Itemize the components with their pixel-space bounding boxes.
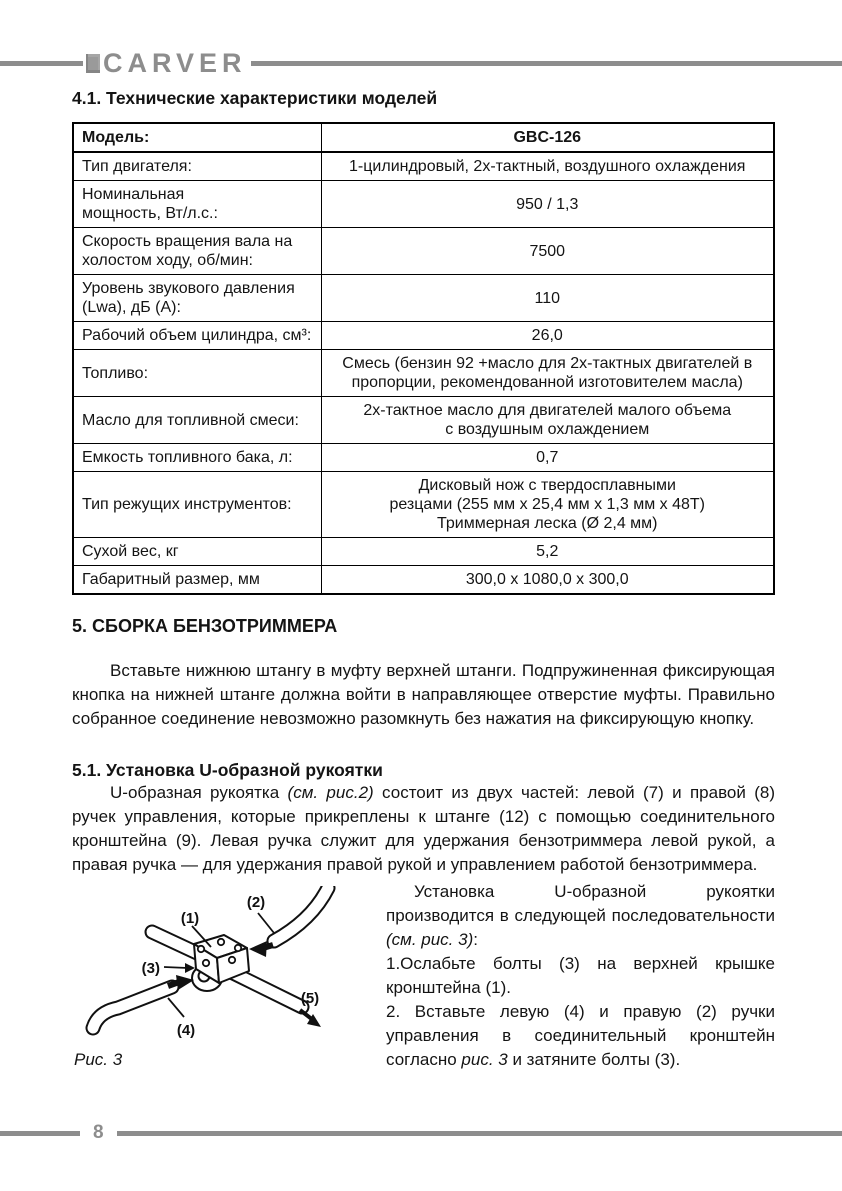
manual-page: CARVER 4.1. Технические характеристики м…: [0, 0, 842, 1191]
spec-value: 110: [321, 275, 774, 322]
footer-rule-left: [0, 1131, 80, 1136]
spec-label: Тип двигателя:: [73, 152, 321, 181]
spec-value: 2х-тактное масло для двигателей малого о…: [321, 397, 774, 444]
table-row: Рабочий объем цилиндра, см³: 26,0: [73, 322, 774, 350]
spec-label: Скорость вращения вала на холостом ходу,…: [73, 228, 321, 275]
section-5-paragraph: Вставьте нижнюю штангу в муфту верхней ш…: [72, 659, 775, 731]
spec-label: Номинальная мощность, Вт/л.с.:: [73, 181, 321, 228]
steps-lead-colon: :: [473, 930, 478, 949]
table-row: Номинальная мощность, Вт/л.с.: 950 / 1,3: [73, 181, 774, 228]
figure-label-2: (2): [247, 894, 265, 911]
table-row: Уровень звукового давления (Lwa), дБ (А)…: [73, 275, 774, 322]
spec-label: Масло для топливной смеси:: [73, 397, 321, 444]
spec-label: Топливо:: [73, 350, 321, 397]
spec-value: 300,0 х 1080,0 х 300,0: [321, 566, 774, 595]
figure-label-5: (5): [301, 990, 319, 1007]
section-5-title: 5. СБОРКА БЕНЗОТРИММЕРА: [72, 616, 775, 637]
handle-bracket-figure: (1) (2) (3) (4) (5): [72, 886, 372, 1046]
table-row: Модель: GBC-126: [73, 123, 774, 152]
steps-lead-text: Установка U-образной рукоятки производит…: [386, 882, 775, 925]
table-row: Топливо: Смесь (бензин 92 +масло для 2х-…: [73, 350, 774, 397]
figure-label-4: (4): [177, 1022, 195, 1039]
table-row: Емкость топливного бака, л: 0,7: [73, 444, 774, 472]
spec-label: Рабочий объем цилиндра, см³:: [73, 322, 321, 350]
figure-block: (1) (2) (3) (4) (5) Рис. 3: [72, 880, 380, 1072]
section-5-1-title: 5.1. Установка U-образной рукоятки: [72, 760, 775, 781]
intro-text: U-образная рукоятка: [110, 783, 288, 802]
specs-table: Модель: GBC-126 Тип двигателя: 1-цилиндр…: [72, 122, 775, 595]
brand-name: CARVER: [103, 50, 247, 76]
section-5-1-paragraph: U-образная рукоятка (см. рис.2) состоит …: [72, 781, 775, 877]
spec-label: Тип режущих инструментов:: [73, 472, 321, 538]
figure-label-3: (3): [142, 960, 160, 977]
spec-label: Емкость топливного бака, л:: [73, 444, 321, 472]
figure-and-steps: (1) (2) (3) (4) (5) Рис. 3 Установка U-о…: [72, 880, 775, 1072]
figure-reference: (см. рис. 3): [386, 930, 473, 949]
spec-value: 1-цилиндровый, 2х-тактный, воздушного ох…: [321, 152, 774, 181]
assembly-steps: Установка U-образной рукоятки производит…: [380, 880, 775, 1072]
table-row: Тип двигателя: 1-цилиндровый, 2х-тактный…: [73, 152, 774, 181]
step-2: 2. Вставьте левую (4) и правую (2) ручки…: [386, 1000, 775, 1072]
spec-value: 26,0: [321, 322, 774, 350]
spec-label: Сухой вес, кг: [73, 538, 321, 566]
table-row: Габаритный размер, мм 300,0 х 1080,0 х 3…: [73, 566, 774, 595]
figure-caption: Рис. 3: [74, 1050, 380, 1070]
spec-label: Модель:: [73, 123, 321, 152]
spec-value: 5,2: [321, 538, 774, 566]
page-content: 4.1. Технические характеристики моделей …: [72, 88, 775, 1072]
spec-value: 7500: [321, 228, 774, 275]
footer-rule-right: [117, 1131, 842, 1136]
page-footer: 8: [0, 1122, 842, 1144]
page-header: CARVER: [0, 50, 842, 76]
figure-label-1: (1): [181, 910, 199, 927]
steps-lead-paragraph: Установка U-образной рукоятки производит…: [386, 880, 775, 952]
spec-value: GBC-126: [321, 123, 774, 152]
table-row: Масло для топливной смеси: 2х-тактное ма…: [73, 397, 774, 444]
header-rule-left: [0, 61, 83, 66]
step-2-text: и затяните болты (3).: [508, 1050, 680, 1069]
figure-reference: (см. рис.2): [288, 783, 374, 802]
table-row: Скорость вращения вала на холостом ходу,…: [73, 228, 774, 275]
brand-mark-icon: [86, 54, 100, 73]
spec-value: Дисковый нож с твердосплавными резцами (…: [321, 472, 774, 538]
table-row: Сухой вес, кг 5,2: [73, 538, 774, 566]
table-row: Тип режущих инструментов: Дисковый нож с…: [73, 472, 774, 538]
brand-logo: CARVER: [83, 50, 251, 76]
spec-value: 0,7: [321, 444, 774, 472]
spec-label: Габаритный размер, мм: [73, 566, 321, 595]
spec-label: Уровень звукового давления (Lwa), дБ (А)…: [73, 275, 321, 322]
page-number: 8: [93, 1122, 104, 1144]
header-rule-right: [251, 61, 842, 66]
figure-reference: рис. 3: [461, 1050, 507, 1069]
spec-value: 950 / 1,3: [321, 181, 774, 228]
step-1: 1.Ослабьте болты (3) на верхней крышке к…: [386, 952, 775, 1000]
spec-value: Смесь (бензин 92 +масло для 2х-тактных д…: [321, 350, 774, 397]
section-4-1-title: 4.1. Технические характеристики моделей: [72, 88, 775, 109]
